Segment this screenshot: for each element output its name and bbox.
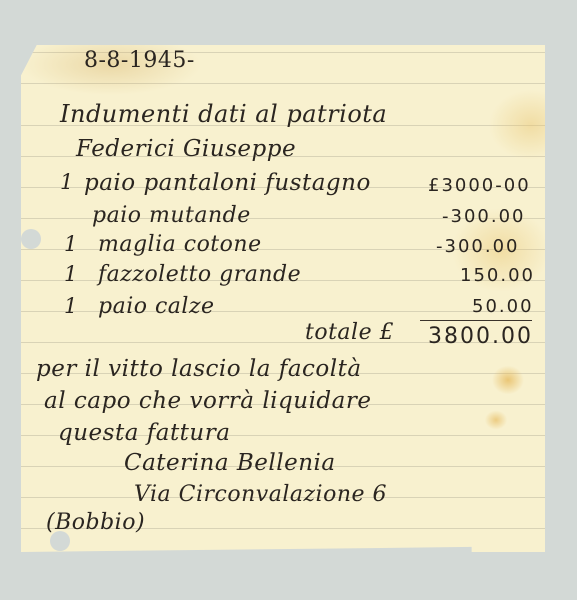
- item-description: maglia cotone: [98, 232, 262, 257]
- item-description: paio pantaloni fustagno: [84, 170, 371, 196]
- recipient-name: Federici Giuseppe: [76, 136, 296, 162]
- item-qty: 1: [64, 232, 78, 256]
- note-line: questa fattura: [58, 420, 230, 446]
- item-qty: 1: [64, 262, 78, 286]
- total-amount: 3800.00: [428, 324, 533, 349]
- total-underline: [420, 320, 532, 321]
- heading: Indumenti dati al patriota: [60, 100, 387, 128]
- note-line: al capo che vorrà liquidare: [44, 388, 371, 414]
- total-label: totale £: [305, 320, 394, 345]
- item-qty: 1: [60, 170, 74, 194]
- date: 8-8-1945-: [84, 48, 195, 73]
- item-amount: 150.00: [460, 265, 535, 286]
- punch-hole: [21, 229, 41, 249]
- address: Via Circonvalazione 6: [134, 482, 387, 507]
- item-description: paio mutande: [92, 203, 251, 228]
- item-amount: 50.00: [472, 296, 534, 317]
- item-qty: 1: [64, 294, 78, 318]
- town: (Bobbio): [46, 510, 145, 535]
- item-description: fazzoletto grande: [98, 262, 301, 287]
- item-amount: £3000-00: [428, 175, 531, 196]
- signature: Caterina Bellenia: [124, 450, 336, 476]
- item-description: paio calze: [98, 294, 215, 319]
- note-line: per il vitto lascio la facoltà: [36, 356, 362, 382]
- item-amount: -300.00: [436, 236, 519, 257]
- item-amount: -300.00: [442, 206, 525, 227]
